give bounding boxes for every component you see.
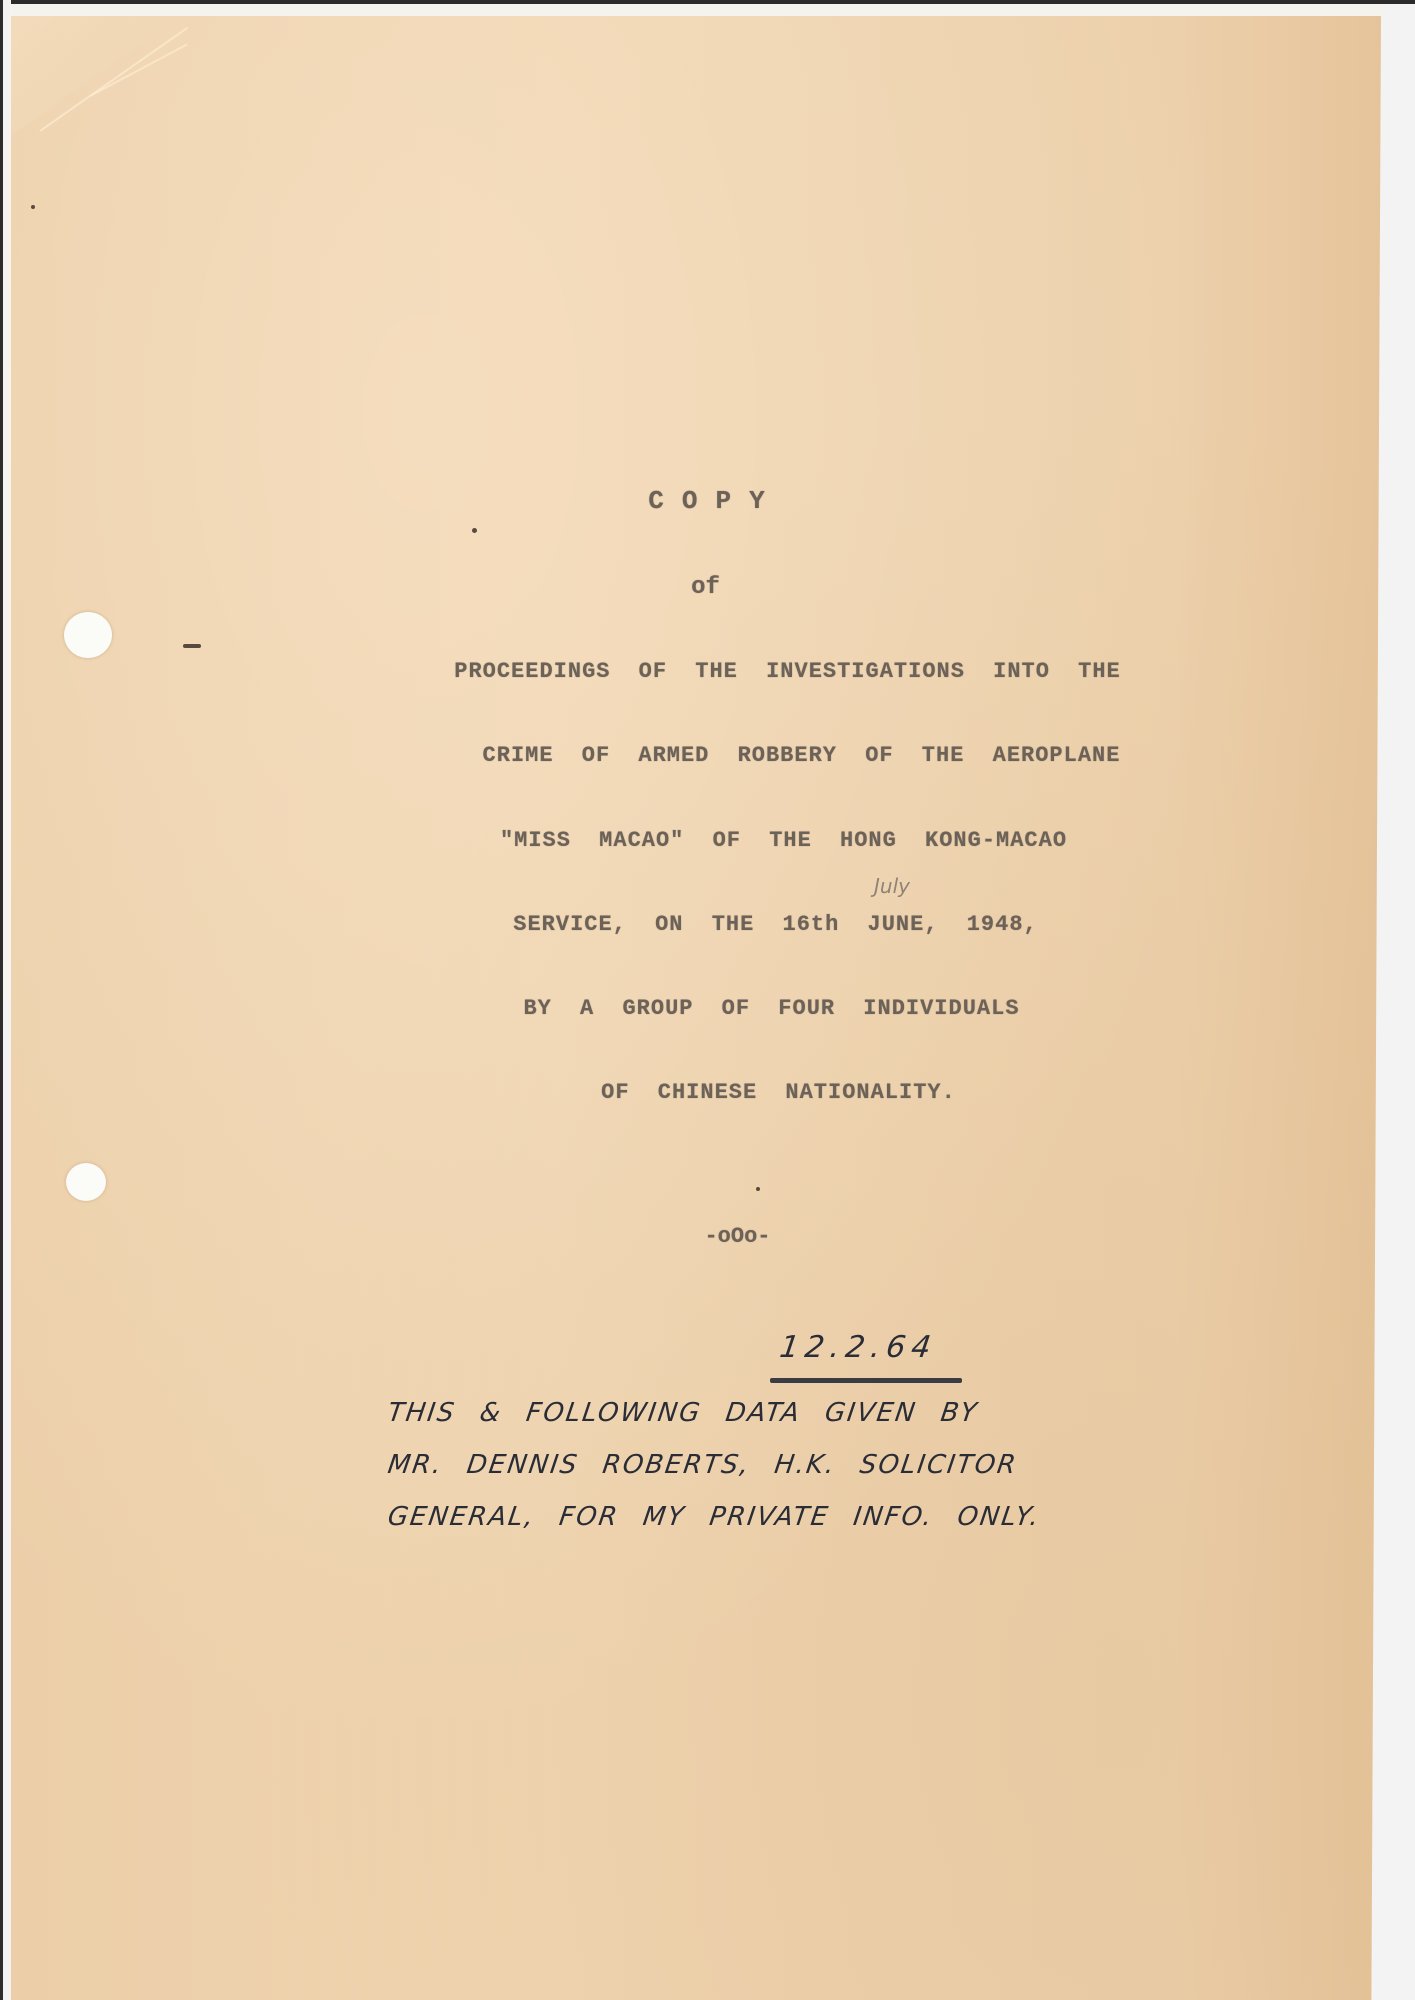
ink-speck	[472, 528, 477, 533]
title-line-5: BY A GROUP OF FOUR INDIVIDUALS	[64, 996, 1415, 1021]
scan-top-margin	[3, 4, 1383, 16]
handwritten-note-line-1: THIS & FOLLOWING DATA GIVEN BY	[386, 1398, 980, 1428]
date-underline	[770, 1378, 962, 1383]
title-line-2: CRIME OF ARMED ROBBERY OF THE AEROPLANE	[94, 743, 1415, 768]
title-line-6: OF CHINESE NATIONALITY.	[71, 1080, 1415, 1105]
pencil-correction-july: July	[874, 874, 910, 898]
title-connector: of	[0, 574, 1413, 601]
section-separator: -oOo-	[30, 1224, 1415, 1249]
handwritten-date: 12.2.64	[778, 1330, 939, 1365]
document-title: COPY	[8, 486, 1415, 516]
handwritten-note-line-3: GENERAL, FOR MY PRIVATE INFO. ONLY.	[386, 1502, 1042, 1532]
punch-hole-top	[64, 612, 112, 658]
ink-speck	[756, 1187, 760, 1191]
handwritten-note-line-2: MR. DENNIS ROBERTS, H.K. SOLICITOR	[386, 1450, 1020, 1480]
ink-speck	[183, 644, 201, 648]
ink-speck	[31, 205, 35, 209]
title-line-4: SERVICE, ON THE 16th JUNE, 1948,	[68, 912, 1415, 937]
title-line-3: "MISS MACAO" OF THE HONG KONG-MACAO	[76, 828, 1415, 853]
title-line-1: PROCEEDINGS OF THE INVESTIGATIONS INTO T…	[80, 659, 1415, 684]
punch-hole-bottom	[66, 1163, 106, 1201]
